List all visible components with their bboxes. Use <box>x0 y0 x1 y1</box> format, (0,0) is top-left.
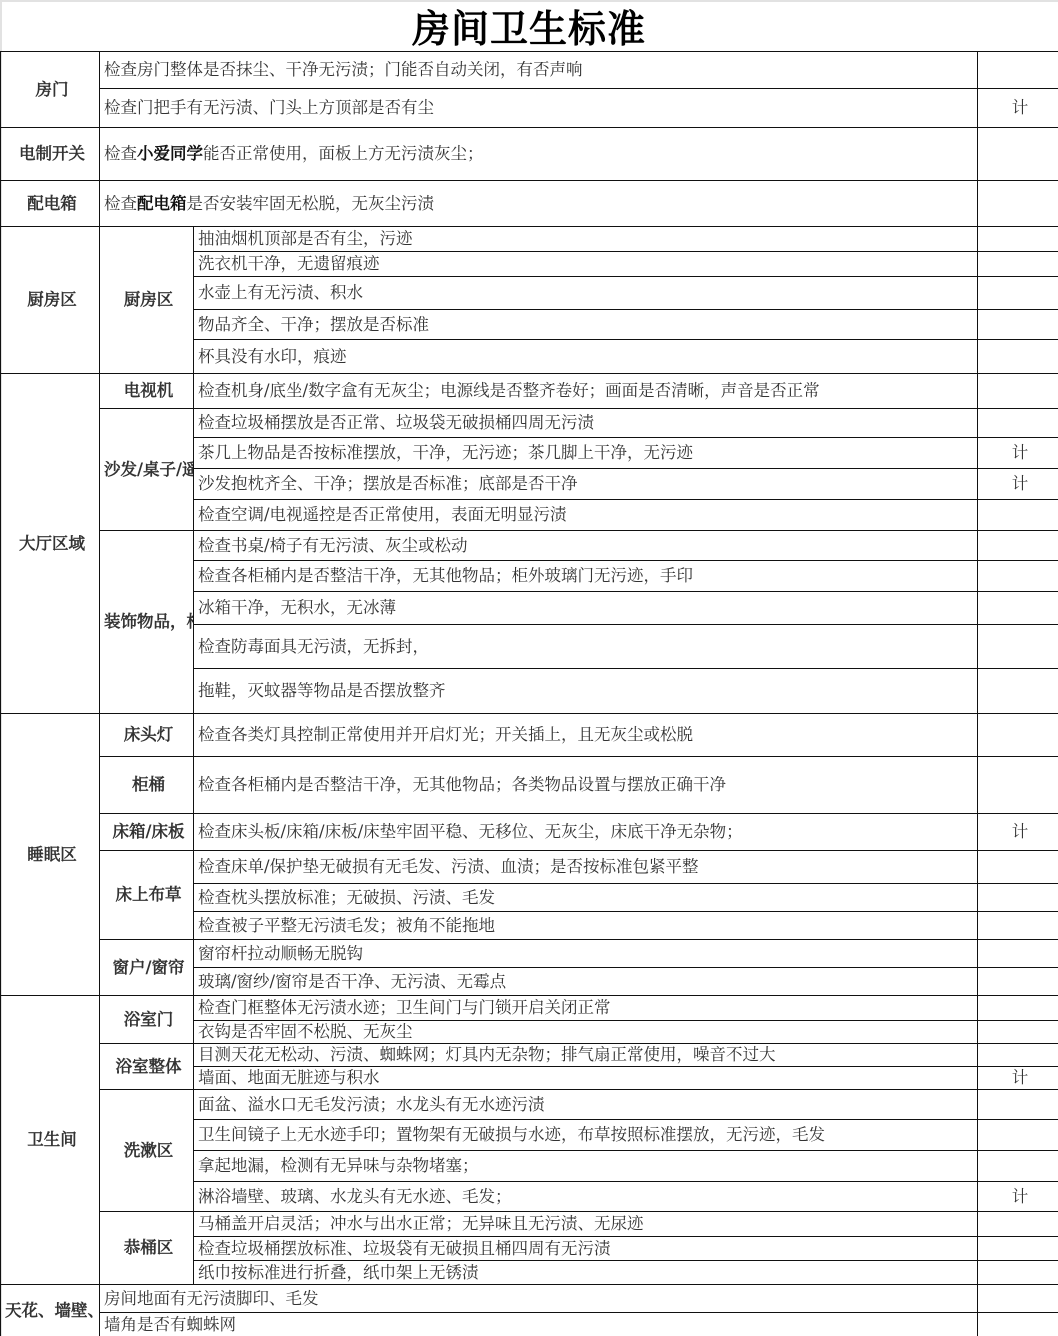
subcategory-cell: 床箱/床板 <box>100 814 194 851</box>
check-item-cell[interactable]: 纸巾按标准进行折叠，纸巾架上无锈渍 <box>194 1261 978 1285</box>
table-row: 检查门把手有无污渍、门头上方顶部是否有尘 计 <box>1 89 1058 128</box>
mark-cell[interactable] <box>978 714 1058 757</box>
check-item-cell[interactable]: 检查垃圾桶摆放是否正常、垃圾袋无破损桶四周无污渍 <box>194 409 978 438</box>
mark-cell[interactable] <box>978 1313 1058 1336</box>
table-row: 配电箱 检查配电箱是否安装牢固无松脱，无灰尘污渍 <box>1 181 1058 227</box>
table-row: 睡眠区 床头灯 检查各类灯具控制正常使用并开启灯光；开关插上，且无灰尘或松脱 <box>1 714 1058 757</box>
subcategory-cell: 床头灯 <box>100 714 194 757</box>
subcategory-cell: 洗漱区 <box>100 1090 194 1212</box>
mark-cell[interactable] <box>978 851 1058 884</box>
category-cell: 睡眠区 <box>1 714 100 996</box>
table-row: 装饰物品，柜内物品 检查书桌/椅子有无污渍、灰尘或松动 <box>1 531 1058 561</box>
table-row: 窗户/窗帘 窗帘杆拉动顺畅无脱钩 <box>1 940 1058 968</box>
mark-cell[interactable] <box>978 1151 1058 1182</box>
mark-cell[interactable]: 计 <box>978 1067 1058 1090</box>
mark-cell[interactable] <box>978 374 1058 409</box>
check-item-cell[interactable]: 检查机身/底坐/数字盒有无灰尘；电源线是否整齐卷好；画面是否清晰，声音是否正常 <box>194 374 978 409</box>
table-row: 电制开关 检查小爱同学能否正常使用，面板上方无污渍灰尘； <box>1 128 1058 181</box>
mark-cell[interactable]: 计 <box>978 814 1058 851</box>
mark-cell[interactable] <box>978 1237 1058 1261</box>
check-item-cell[interactable]: 检查各柜桶内是否整洁干净，无其他物品；各类物品设置与摆放正确干净 <box>194 757 978 814</box>
table-row: 天花、墙壁、地面 房间地面有无污渍脚印、毛发 <box>1 1285 1058 1313</box>
category-cell: 配电箱 <box>1 181 100 227</box>
check-item-cell[interactable]: 检查小爱同学能否正常使用，面板上方无污渍灰尘； <box>100 128 978 181</box>
page-title: 房间卫生标准 <box>0 0 1058 51</box>
mark-cell[interactable] <box>978 340 1058 374</box>
mark-cell[interactable] <box>978 996 1058 1021</box>
mark-cell[interactable] <box>978 1090 1058 1120</box>
table-row: 浴室整体 目测天花无松动、污渍、蜘蛛网；灯具内无杂物；排气扇正常使用，噪音不过大 <box>1 1044 1058 1067</box>
check-item-cell[interactable]: 检查房门整体是否抹尘、干净无污渍；门能否自动关闭，有否声响 <box>100 52 978 89</box>
check-item-cell[interactable]: 拖鞋，灭蚊器等物品是否摆放整齐 <box>194 669 978 714</box>
check-item-cell[interactable]: 洗衣机干净，无遗留痕迹 <box>194 252 978 277</box>
text-suffix: 能否正常使用，面板上方无污渍灰尘； <box>203 144 484 163</box>
check-item-cell[interactable]: 检查空调/电视遥控是否正常使用，表面无明显污渍 <box>194 500 978 531</box>
text-prefix: 检查 <box>104 144 137 163</box>
table-row: 恭桶区 马桶盖开启灵活；冲水与出水正常；无异味且无污渍、无尿迹 <box>1 1212 1058 1237</box>
subcategory-cell: 装饰物品，柜内物品 <box>100 531 194 714</box>
spreadsheet: 房间卫生标准 房门 检查房门整体是否抹尘、干净无污渍；门能否自动关闭，有否声响 … <box>0 0 1058 1336</box>
subcategory-cell: 柜桶 <box>100 757 194 814</box>
mark-cell[interactable] <box>978 310 1058 340</box>
mark-cell[interactable] <box>978 1285 1058 1313</box>
table-row: 卫生间 浴室门 检查门框整体无污渍水迹；卫生间门与门锁开启关闭正常 <box>1 996 1058 1021</box>
check-item-cell[interactable]: 马桶盖开启灵活；冲水与出水正常；无异味且无污渍、无尿迹 <box>194 1212 978 1237</box>
check-item-cell[interactable]: 检查门框整体无污渍水迹；卫生间门与门锁开启关闭正常 <box>194 996 978 1021</box>
mark-cell[interactable] <box>978 968 1058 996</box>
check-item-cell[interactable]: 卫生间镜子上无水迹手印；置物架有无破损与水迹，布草按照标准摆放，无污迹，毛发 <box>194 1120 978 1151</box>
mark-cell[interactable] <box>978 409 1058 438</box>
check-item-cell[interactable]: 窗帘杆拉动顺畅无脱钩 <box>194 940 978 968</box>
mark-cell[interactable] <box>978 669 1058 714</box>
mark-cell[interactable]: 计 <box>978 89 1058 128</box>
category-cell: 电制开关 <box>1 128 100 181</box>
check-item-cell[interactable]: 墙面、地面无脏迹与积水 <box>194 1067 978 1090</box>
category-cell: 房门 <box>1 52 100 128</box>
subcategory-cell: 浴室门 <box>100 996 194 1044</box>
mark-cell[interactable] <box>978 1021 1058 1044</box>
table-row: 房门 检查房门整体是否抹尘、干净无污渍；门能否自动关闭，有否声响 <box>1 52 1058 89</box>
mark-cell[interactable] <box>978 1120 1058 1151</box>
mark-cell[interactable] <box>978 1044 1058 1067</box>
text-suffix: 是否安装牢固无松脱，无灰尘污渍 <box>187 194 435 213</box>
subcategory-cell: 浴室整体 <box>100 1044 194 1090</box>
mark-cell[interactable] <box>978 128 1058 181</box>
check-item-cell[interactable]: 房间地面有无污渍脚印、毛发 <box>100 1285 978 1313</box>
category-cell: 天花、墙壁、地面 <box>1 1285 100 1336</box>
table-row: 洗漱区 面盆、溢水口无毛发污渍；水龙头有无水迹污渍 <box>1 1090 1058 1120</box>
bold-keyword: 小爱同学 <box>137 144 203 163</box>
text-prefix: 检查 <box>104 194 137 213</box>
table-row: 沙发/桌子/遥控 检查垃圾桶摆放是否正常、垃圾袋无破损桶四周无污渍 <box>1 409 1058 438</box>
table-row: 床上布草 检查床单/保护垫无破损有无毛发、污渍、血渍；是否按标准包紧平整 <box>1 851 1058 884</box>
mark-cell[interactable] <box>978 252 1058 277</box>
check-item-cell[interactable]: 检查床单/保护垫无破损有无毛发、污渍、血渍；是否按标准包紧平整 <box>194 851 978 884</box>
check-item-cell[interactable]: 检查各柜桶内是否整洁干净，无其他物品；柜外玻璃门无污迹，手印 <box>194 561 978 592</box>
check-item-cell[interactable]: 杯具没有水印，痕迹 <box>194 340 978 374</box>
mark-cell[interactable] <box>978 277 1058 310</box>
subcategory-cell: 沙发/桌子/遥控 <box>100 409 194 531</box>
mark-cell[interactable] <box>978 940 1058 968</box>
mark-cell[interactable] <box>978 1261 1058 1285</box>
check-item-cell[interactable]: 面盆、溢水口无毛发污渍；水龙头有无水迹污渍 <box>194 1090 978 1120</box>
subcategory-cell: 厨房区 <box>100 227 194 374</box>
mark-cell[interactable] <box>978 500 1058 531</box>
check-item-cell[interactable]: 淋浴墙壁、玻璃、水龙头有无水迹、毛发； <box>194 1182 978 1212</box>
check-item-cell[interactable]: 冰箱干净，无积水，无冰薄 <box>194 592 978 625</box>
check-item-cell[interactable]: 目测天花无松动、污渍、蜘蛛网；灯具内无杂物；排气扇正常使用，噪音不过大 <box>194 1044 978 1067</box>
table-row: 厨房区 厨房区 抽油烟机顶部是否有尘，污迹 <box>1 227 1058 252</box>
category-cell: 厨房区 <box>1 227 100 374</box>
mark-cell[interactable] <box>978 52 1058 89</box>
mark-cell[interactable] <box>978 912 1058 940</box>
table-row: 床箱/床板 检查床头板/床箱/床板/床垫牢固平稳、无移位、无灰尘，床底干净无杂物… <box>1 814 1058 851</box>
mark-cell[interactable] <box>978 625 1058 669</box>
check-item-cell[interactable]: 墙角是否有蜘蛛网 <box>100 1313 978 1336</box>
check-item-cell[interactable]: 检查垃圾桶摆放标准、垃圾袋有无破损且桶四周有无污渍 <box>194 1237 978 1261</box>
mark-cell[interactable] <box>978 561 1058 592</box>
mark-cell[interactable]: 计 <box>978 469 1058 500</box>
check-item-cell[interactable]: 检查书桌/椅子有无污渍、灰尘或松动 <box>194 531 978 561</box>
mark-cell[interactable] <box>978 181 1058 227</box>
check-item-cell[interactable]: 茶几上物品是否按标准摆放，干净，无污迹；茶几脚上干净，无污迹 <box>194 438 978 469</box>
check-item-cell[interactable]: 玻璃/窗纱/窗帘是否干净、无污渍、无霉点 <box>194 968 978 996</box>
category-cell: 卫生间 <box>1 996 100 1285</box>
check-item-cell[interactable]: 检查门把手有无污渍、门头上方顶部是否有尘 <box>100 89 978 128</box>
mark-cell[interactable] <box>978 592 1058 625</box>
check-item-cell[interactable]: 检查床头板/床箱/床板/床垫牢固平稳、无移位、无灰尘，床底干净无杂物； <box>194 814 978 851</box>
check-item-cell[interactable]: 检查配电箱是否安装牢固无松脱，无灰尘污渍 <box>100 181 978 227</box>
check-item-cell[interactable]: 物品齐全、干净；摆放是否标准 <box>194 310 978 340</box>
mark-cell[interactable] <box>978 1212 1058 1237</box>
category-cell: 大厅区域 <box>1 374 100 714</box>
check-item-cell[interactable]: 检查各类灯具控制正常使用并开启灯光；开关插上，且无灰尘或松脱 <box>194 714 978 757</box>
check-item-cell[interactable]: 衣钩是否牢固不松脱、无灰尘 <box>194 1021 978 1044</box>
check-item-cell[interactable]: 抽油烟机顶部是否有尘，污迹 <box>194 227 978 252</box>
mark-cell[interactable] <box>978 757 1058 814</box>
check-item-cell[interactable]: 检查被子平整无污渍毛发；被角不能拖地 <box>194 912 978 940</box>
mark-cell[interactable]: 计 <box>978 438 1058 469</box>
subcategory-cell: 床上布草 <box>100 851 194 940</box>
table-row: 墙角是否有蜘蛛网 <box>1 1313 1058 1336</box>
check-item-cell[interactable]: 水壶上有无污渍、积水 <box>194 277 978 310</box>
subcategory-cell: 窗户/窗帘 <box>100 940 194 996</box>
table-row: 大厅区域 电视机 检查机身/底坐/数字盒有无灰尘；电源线是否整齐卷好；画面是否清… <box>1 374 1058 409</box>
check-item-cell[interactable]: 检查枕头摆放标准；无破损、污渍、毛发 <box>194 884 978 912</box>
subcategory-cell: 恭桶区 <box>100 1212 194 1285</box>
bold-keyword: 配电箱 <box>137 194 187 213</box>
check-item-cell[interactable]: 拿起地漏，检测有无异味与杂物堵塞； <box>194 1151 978 1182</box>
mark-cell[interactable] <box>978 531 1058 561</box>
check-item-cell[interactable]: 检查防毒面具无污渍，无拆封， <box>194 625 978 669</box>
hygiene-standard-table: 房门 检查房门整体是否抹尘、干净无污渍；门能否自动关闭，有否声响 检查门把手有无… <box>0 51 1058 1336</box>
table-row: 柜桶 检查各柜桶内是否整洁干净，无其他物品；各类物品设置与摆放正确干净 <box>1 757 1058 814</box>
mark-cell[interactable]: 计 <box>978 1182 1058 1212</box>
mark-cell[interactable] <box>978 884 1058 912</box>
mark-cell[interactable] <box>978 227 1058 252</box>
check-item-cell[interactable]: 沙发抱枕齐全、干净；摆放是否标准；底部是否干净 <box>194 469 978 500</box>
subcategory-cell: 电视机 <box>100 374 194 409</box>
